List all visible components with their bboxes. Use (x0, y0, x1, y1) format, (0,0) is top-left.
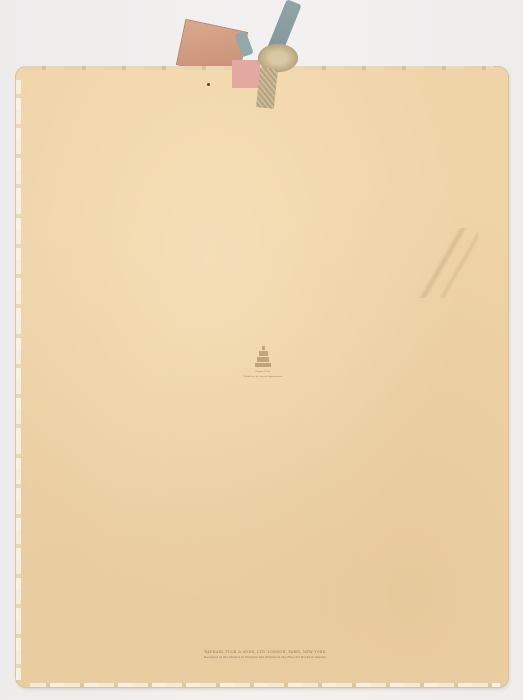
pin-hole (207, 83, 210, 86)
publisher-imprint: RAPHAEL TUCK & SONS, LTD. LONDON, PARIS,… (200, 650, 330, 659)
card-deckled-edge-left (16, 80, 21, 680)
paper-crease (418, 228, 478, 298)
card-deckled-edge-bottom (30, 683, 500, 687)
logo-caption-line2: Publishers by Special Appointment (244, 375, 283, 378)
imprint-line2: Designed at the Studios in England and P… (200, 655, 330, 659)
pink-ribbon-end (232, 60, 260, 88)
publisher-logo: Raphael Tuck Publishers by Special Appoi… (243, 346, 283, 388)
logo-caption-line1: Raphael Tuck (255, 370, 270, 373)
easel-palette-trademark-icon (255, 346, 271, 368)
